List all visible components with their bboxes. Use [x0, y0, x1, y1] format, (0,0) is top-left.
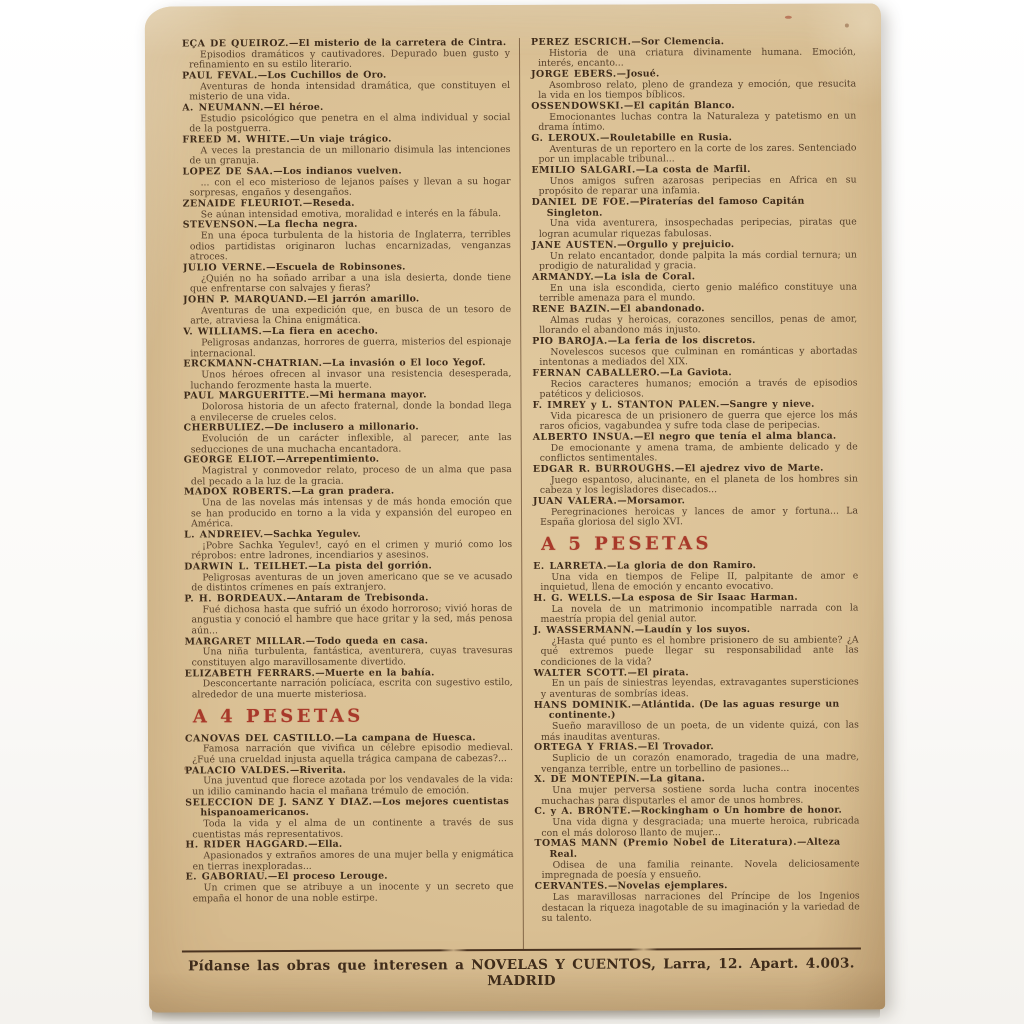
- entry-title: —Reseda.: [303, 198, 355, 209]
- entry-description: Odisea de una familia reinante. Novela d…: [535, 859, 860, 882]
- catalog-entry: ELIZABETH FERRARS.—Muerte en la bahía.De…: [185, 668, 513, 701]
- entry-title: —El abandonado.: [610, 303, 705, 314]
- entry-description: Una de las novelas más intensas y de más…: [184, 497, 512, 530]
- entry-title: —Novelas ejemplares.: [608, 880, 728, 892]
- entry-title: —La pista del gorrión.: [308, 560, 432, 572]
- entry-author: F. IMREY y L. STANTON PALEN.: [533, 399, 720, 411]
- entry-author: CHERBULIEZ.: [184, 422, 265, 433]
- entry-lead: SELECCION DE J. SANZ Y DIAZ.—Los mejores…: [185, 797, 513, 820]
- catalog-entry: GEORGE ELIOT.—Arrepentimiento.Magistral …: [184, 454, 512, 487]
- entry-description: Aventuras de honda intensidad dramática,…: [182, 81, 510, 104]
- catalog-entry: WALTER SCOTT.—El pirata.En un país de si…: [534, 667, 859, 700]
- entry-author: JORGE EBERS.: [531, 69, 617, 80]
- entry-title: —Sangre y nieve.: [720, 399, 815, 410]
- catalog-entry: JANE AUSTEN.—Orgullo y prejuicio.Un rela…: [532, 239, 857, 272]
- entry-title: —Sor Clemencia.: [631, 37, 724, 48]
- entry-title: —Josué.: [617, 68, 660, 79]
- entry-description: Una vida digna y desgraciada; una muerte…: [534, 817, 859, 840]
- entry-title: —La gloria de don Ramiro.: [607, 560, 756, 572]
- catalog-entry: LOPEZ DE SAA.—Los indianos vuelven.... c…: [183, 166, 511, 199]
- entry-description: ¿Hasta qué punto es el hombre prisionero…: [534, 635, 859, 668]
- catalog-entry: ARMANDY.—La isla de Coral.En una isla es…: [532, 271, 857, 304]
- catalog-entry: ERCKMANN-CHATRIAN.—La invasión o El loco…: [183, 358, 511, 391]
- entry-description: Aventuras de una expedición que, en busc…: [183, 305, 511, 328]
- catalog-entry: JUAN VALERA.—Morsamor.Peregrinaciones he…: [533, 495, 858, 528]
- entry-description: Episodios dramáticos y cautivadores. Dep…: [182, 49, 510, 72]
- entry-title: —Antaram de Trebisonda.: [287, 592, 429, 604]
- entry-author: X. DE MONTEPIN.: [534, 774, 640, 785]
- entry-description: Una vida aventurera, insospechadas perip…: [532, 218, 857, 241]
- entry-title: —La gitana.: [640, 774, 705, 785]
- catalog-entry: PIO BAROJA.—La feria de los discretos.No…: [532, 335, 857, 368]
- entry-title: —Morsamor.: [617, 495, 685, 506]
- catalog-entry: JORGE EBERS.—Josué.Asombroso relato, ple…: [531, 69, 856, 102]
- entry-description: Desconcertante narración policíaca, escr…: [185, 678, 513, 701]
- catalog-entry: PAUL MARGUERITTE.—Mi hermana mayor.Dolor…: [183, 390, 511, 423]
- catalog-entry: JOHN P. MARQUAND.—El jarrón amarillo.Ave…: [183, 294, 511, 327]
- catalog-entry: SELECCION DE J. SANZ Y DIAZ.—Los mejores…: [185, 797, 513, 841]
- entry-title: —Los indianos vuelven.: [273, 166, 402, 178]
- entry-author: PAUL MARGUERITTE.: [183, 390, 309, 402]
- entry-author: ARMANDY.: [532, 271, 594, 282]
- catalog-entry: CERVANTES.—Novelas ejemplares.Las maravi…: [535, 881, 860, 925]
- entry-description: De emocionante y amena trama, de ambient…: [533, 442, 858, 465]
- entry-description: Fué dichosa hasta que sufrió un éxodo ho…: [184, 604, 512, 637]
- entry-author: FREED M. WHITE.: [182, 134, 290, 145]
- entry-title: —La costa de Marfil.: [636, 164, 751, 176]
- catalog-entry: FERNAN CABALLERO.—La Gaviota.Recios cara…: [532, 367, 857, 400]
- catalog-entry: TOMAS MANN (Premio Nobel de Literatura).…: [534, 838, 859, 882]
- page-footer: Pídanse las obras que interesen a NOVELA…: [182, 947, 861, 990]
- entry-title: —El ajedrez vivo de Marte.: [675, 463, 824, 475]
- catalog-entry: G. LEROUX.—Rouletabille en Rusia.Aventur…: [531, 133, 856, 166]
- entry-author: L. ANDREIEV.: [184, 529, 264, 540]
- price-section-header: A 5 PESETAS: [541, 533, 858, 554]
- entry-title: —La gran pradera.: [292, 486, 395, 497]
- entry-description: Estudio psicológico que penetra en el al…: [182, 113, 510, 136]
- catalog-entry: HANS DOMINIK.—Atlántida. (De las aguas r…: [534, 699, 859, 743]
- catalog-entry: EÇA DE QUEIROZ.—El misterio de la carret…: [182, 38, 510, 71]
- entry-title: —La Gaviota.: [660, 367, 732, 378]
- entry-title: —El Trovador.: [638, 742, 714, 753]
- entry-title: —Un viaje trágico.: [290, 134, 392, 145]
- catalog-entry: EDGAR R. BURROUGHS.—El ajedrez vivo de M…: [533, 463, 858, 496]
- entry-description: Las maravillosas narraciones del Príncip…: [535, 891, 860, 924]
- entry-author: ALBERTO INSUA.: [533, 431, 634, 442]
- entry-description: Peligrosas andanzas, horrores de guerra,…: [183, 337, 511, 360]
- catalog-content: EÇA DE QUEIROZ.—El misterio de la carret…: [182, 37, 860, 951]
- entry-lead: TOMAS MANN (Premio Nobel de Literatura).…: [534, 838, 859, 861]
- entry-description: ¡Pobre Sachka Yegulev!, cayó en el crime…: [184, 540, 512, 563]
- entry-description: Dolorosa historia de un afecto fraternal…: [184, 401, 512, 424]
- catalog-entry: V. WILLIAMS.—La fiera en acecho.Peligros…: [183, 326, 511, 359]
- catalog-entry: ZENAIDE FLEURIOT.—Reseda.Se aúnan intens…: [183, 198, 511, 221]
- catalog-entry: E. GABORIAU.—El proceso Lerouge.Un crime…: [186, 871, 514, 904]
- catalog-entry: FREED M. WHITE.—Un viaje trágico.A veces…: [182, 134, 510, 167]
- left-column: EÇA DE QUEIROZ.—El misterio de la carret…: [182, 38, 523, 950]
- catalog-entry: OSSENDOWSKI.—El capitán Blanco.Emocionan…: [531, 101, 856, 134]
- entry-description: Juego espantoso, alucinante, en el plane…: [533, 474, 858, 497]
- entry-author: LOPEZ DE SAA.: [183, 166, 274, 177]
- catalog-entry: X. DE MONTEPIN.—La gitana.Una mujer perv…: [534, 774, 859, 807]
- footer-brand: NOVELAS Y CUENTOS: [471, 956, 651, 973]
- entry-author: RENE BAZIN.: [532, 303, 610, 314]
- entry-author: JUAN VALERA.: [533, 495, 617, 506]
- entry-description: Vida picaresca de un prisionero de guerr…: [533, 410, 858, 433]
- catalog-entry: RENE BAZIN.—El abandonado.Almas rudas y …: [532, 303, 857, 336]
- entry-author: V. WILLIAMS.: [183, 326, 262, 337]
- entry-description: En una época turbulenta de la historia d…: [183, 230, 511, 263]
- entry-author: EDGAR R. BURROUGHS.: [533, 463, 675, 475]
- entry-title: —Orgullo y prejuicio.: [617, 239, 734, 251]
- entry-description: Sueño maravilloso de un poeta, de un vid…: [534, 721, 859, 744]
- entry-title: —El capitán Blanco.: [624, 100, 735, 111]
- catalog-entry: J. WASSERMANN.—Laudín y los suyos.¿Hasta…: [534, 624, 859, 668]
- entry-author: FERNAN CABALLERO.: [532, 367, 660, 379]
- catalog-entry: PEREZ ESCRICH.—Sor Clemencia.Historia de…: [531, 37, 856, 70]
- entry-description: Peregrinaciones heroicas y lances de amo…: [533, 506, 858, 529]
- entry-author: ERCKMANN-CHATRIAN.: [183, 358, 322, 370]
- entry-title: —Arrepentimiento.: [276, 454, 379, 465]
- entry-description: Un relato encantador, donde palpita la m…: [532, 250, 857, 273]
- catalog-entry: PALACIO VALDES.—Riverita.Una juventud qu…: [185, 765, 513, 798]
- entry-title: —Laudín y los suyos.: [635, 624, 751, 636]
- price-section-header: A 4 PESETAS: [193, 706, 513, 727]
- catalog-entry: CHERBULIEZ.—De inclusero a millonario.Ev…: [184, 422, 512, 455]
- aging-spot: [785, 16, 792, 19]
- entry-description: Historia de una criatura divinamente hum…: [531, 47, 856, 70]
- entry-author: DANIEL DE FOE.: [532, 197, 630, 208]
- entry-title: —La feria de los discretos.: [608, 335, 756, 347]
- entry-title: —Escuela de Robinsones.: [266, 262, 405, 274]
- entry-author: EMILIO SALGARI.: [532, 165, 636, 176]
- catalog-entry: PAUL FEVAL.—Los Cuchillos de Oro.Aventur…: [182, 70, 510, 103]
- entry-description: Apasionados y extraños amores de una muj…: [185, 850, 513, 873]
- entry-author: JOHN P. MARQUAND.: [183, 294, 307, 306]
- footer-prefix: Pídanse las obras que interesen a: [188, 957, 471, 974]
- entry-description: ... con el eco misterioso de lejanos paí…: [183, 177, 511, 200]
- entry-author: HANS DOMINIK.: [534, 699, 632, 710]
- entry-author: OSSENDOWSKI.: [531, 101, 624, 112]
- entry-title: —El pirata.: [627, 667, 688, 678]
- entry-author: PAUL FEVAL.: [182, 70, 258, 81]
- entry-author: CERVANTES.: [535, 881, 608, 892]
- catalog-entry: E. LARRETA.—La gloria de don Ramiro.Una …: [533, 560, 858, 593]
- aging-spot: [845, 24, 849, 28]
- entry-description: Novelescos sucesos que culminan en román…: [532, 346, 857, 369]
- entry-description: Almas rudas y heroicas, corazones sencil…: [532, 314, 857, 337]
- entry-description: Asombroso relato, pleno de grandeza y em…: [531, 79, 856, 102]
- entry-author: EÇA DE QUEIROZ.: [182, 38, 289, 49]
- entry-description: Unos héroes ofrecen al invasor una resis…: [183, 369, 511, 392]
- entry-author: P. H. BORDEAUX.: [184, 593, 286, 604]
- entry-description: La novela de un matrimonio incompatible …: [533, 603, 858, 626]
- catalog-entry: A. NEUMANN.—El héroe.Estudio psicológico…: [182, 102, 510, 135]
- entry-author: ZENAIDE FLEURIOT.: [183, 198, 303, 210]
- catalog-entry: H. RIDER HAGGARD.—Ella.Apasionados y ext…: [185, 839, 513, 872]
- catalog-entry: H. G. WELLS.—La esposa de Sir Isaac Harm…: [533, 592, 858, 625]
- catalog-entry: STEVENSON.—La flecha negra.En una época …: [183, 219, 511, 263]
- catalog-entry: ORTEGA Y FRIAS.—El Trovador.Suplicio de …: [534, 742, 859, 775]
- entry-author: DARWIN L. TEILHET.: [184, 561, 308, 573]
- entry-author: ORTEGA Y FRIAS.: [534, 742, 638, 753]
- entry-description: A veces la prestancia de un millonario d…: [182, 145, 510, 168]
- entry-description: En una isla escondida, cierto genio malé…: [532, 282, 857, 305]
- entry-lead: DANIEL DE FOE.—Piraterías del famoso Cap…: [532, 197, 857, 220]
- entry-author: GEORGE ELIOT.: [184, 454, 276, 465]
- catalog-entry: JULIO VERNE.—Escuela de Robinsones.¿Quié…: [183, 262, 511, 295]
- entry-author: E. GABORIAU.: [186, 871, 268, 882]
- right-column: PEREZ ESCRICH.—Sor Clemencia.Historia de…: [519, 37, 860, 949]
- entry-description: Emocionantes luchas contra la Naturaleza…: [531, 111, 856, 134]
- catalog-entry: MARGARET MILLAR.—Todo queda en casa.Una …: [185, 636, 513, 669]
- entry-title: —La fiera en acecho.: [262, 326, 378, 338]
- entry-title: —El jarrón amarillo.: [307, 294, 419, 305]
- entry-title: —La esposa de Sir Isaac Harman.: [612, 592, 798, 604]
- entry-author: SELECCION DE J. SANZ Y DIAZ.: [185, 796, 372, 808]
- entry-description: Recios caracteres humanos; emoción a tra…: [532, 378, 857, 401]
- entry-author: H. G. WELLS.: [533, 593, 611, 604]
- catalog-entry: CANOVAS DEL CASTILLO.—La campana de Hues…: [185, 733, 513, 766]
- entry-description: ¿Quién no ha soñado arribar a una isla d…: [183, 273, 511, 296]
- catalog-entry: L. ANDREIEV.—Sachka Yegulev.¡Pobre Sachk…: [184, 529, 512, 562]
- entry-description: Suplicio de un corazón enamorado, traged…: [534, 753, 859, 776]
- entry-title: —Mi hermana mayor.: [310, 390, 427, 402]
- entry-title: —Sachka Yegulev.: [264, 529, 361, 540]
- entry-title: —El héroe.: [264, 102, 324, 113]
- entry-description: Peligrosas aventuras de un joven america…: [184, 572, 512, 595]
- entry-title: —La isla de Coral.: [594, 271, 695, 282]
- entry-description: Famosa narración que vivifica un célebre…: [185, 743, 513, 766]
- entry-description: Una juventud que florece azotada por los…: [185, 775, 513, 798]
- entry-title: —Los Cuchillos de Oro.: [258, 70, 387, 82]
- entry-description: Aventuras de un reportero en la corte de…: [531, 143, 856, 166]
- catalog-page: EÇA DE QUEIROZ.—El misterio de la carret…: [145, 3, 885, 1012]
- entry-description: Unos amigos sufren azarosas peripecias e…: [532, 175, 857, 198]
- catalog-entry: MADOX ROBERTS.—La gran pradera.Una de la…: [184, 486, 512, 530]
- catalog-entry: DANIEL DE FOE.—Piraterías del famoso Cap…: [532, 197, 857, 241]
- entry-description: En un país de siniestras leyendas, extra…: [534, 678, 859, 701]
- entry-description: Un crimen que se atribuye a un inocente …: [186, 882, 514, 905]
- entry-author: A. NEUMANN.: [182, 102, 264, 113]
- entry-author: PEREZ ESCRICH.: [531, 37, 631, 48]
- entry-author: JANE AUSTEN.: [532, 239, 617, 250]
- entry-description: Toda la vida y el alma de un continente …: [185, 818, 513, 841]
- footer-order-line: Pídanse las obras que interesen a NOVELA…: [182, 955, 861, 990]
- entry-author: MADOX ROBERTS.: [184, 486, 292, 497]
- entry-title: —Rouletabille en Rusia.: [600, 132, 732, 144]
- entry-author: TOMAS MANN (Premio Nobel de Literatura).: [534, 837, 797, 849]
- catalog-entry: EMILIO SALGARI.—La costa de Marfil.Unos …: [532, 165, 857, 198]
- entry-author: G. LEROUX.: [531, 133, 600, 144]
- entry-author: STEVENSON.: [183, 220, 258, 231]
- entry-lead: HANS DOMINIK.—Atlántida. (De las aguas r…: [534, 699, 859, 722]
- entry-description: Una vida en tiempos de Felipe II, palpit…: [533, 571, 858, 594]
- entry-description: Evolución de un carácter inflexible, al …: [184, 433, 512, 456]
- catalog-entry: ALBERTO INSUA.—El negro que tenía el alm…: [533, 431, 858, 464]
- catalog-entry: C. y A. BRONTE.—Rockingham o Un hombre d…: [534, 806, 859, 839]
- entry-author: JULIO VERNE.: [183, 262, 266, 273]
- entry-title: —Ella.: [308, 839, 342, 850]
- entry-author: WALTER SCOTT.: [534, 667, 628, 678]
- entry-description: Una niña turbulenta, fantástica, aventur…: [185, 646, 513, 669]
- entry-title: —El negro que tenía el alma blanca.: [634, 430, 837, 442]
- catalog-entry: F. IMREY y L. STANTON PALEN.—Sangre y ni…: [533, 399, 858, 432]
- entry-title: —La flecha negra.: [258, 219, 358, 230]
- entry-author: PIO BAROJA.: [532, 335, 608, 346]
- entry-author: PALACIO VALDES.: [185, 765, 290, 776]
- catalog-entry: DARWIN L. TEILHET.—La pista del gorrión.…: [184, 561, 512, 594]
- entry-description: Magistral y conmovedor relato, proceso d…: [184, 465, 512, 488]
- entry-author: C. y A. BRONTE.: [534, 806, 631, 817]
- entry-description: Una mujer perversa sostiene sorda lucha …: [534, 785, 859, 808]
- catalog-entry: P. H. BORDEAUX.—Antaram de Trebisonda.Fu…: [184, 593, 512, 637]
- entry-title: —Riverita.: [290, 764, 346, 775]
- entry-author: E. LARRETA.: [533, 561, 607, 572]
- entry-author: J. WASSERMANN.: [534, 624, 635, 635]
